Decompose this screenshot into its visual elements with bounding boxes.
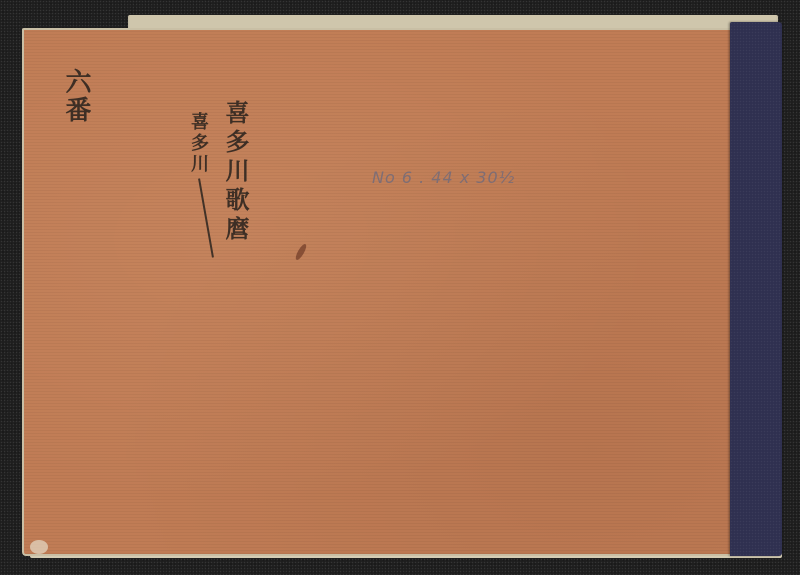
- worn-corner: [30, 540, 48, 554]
- photo-scene: 六番 喜多川歌麿 喜多川 No 6 . 44 x 30½: [0, 0, 800, 575]
- inscription-main-column: 喜多川歌麿: [222, 100, 248, 245]
- book-cover: [22, 28, 734, 556]
- pencil-catalog-note: No 6 . 44 x 30½: [372, 168, 515, 187]
- inscription-secondary-column: 喜多川: [188, 112, 208, 175]
- inscription-top-left: 六番: [62, 68, 90, 124]
- book-spine: [730, 22, 782, 556]
